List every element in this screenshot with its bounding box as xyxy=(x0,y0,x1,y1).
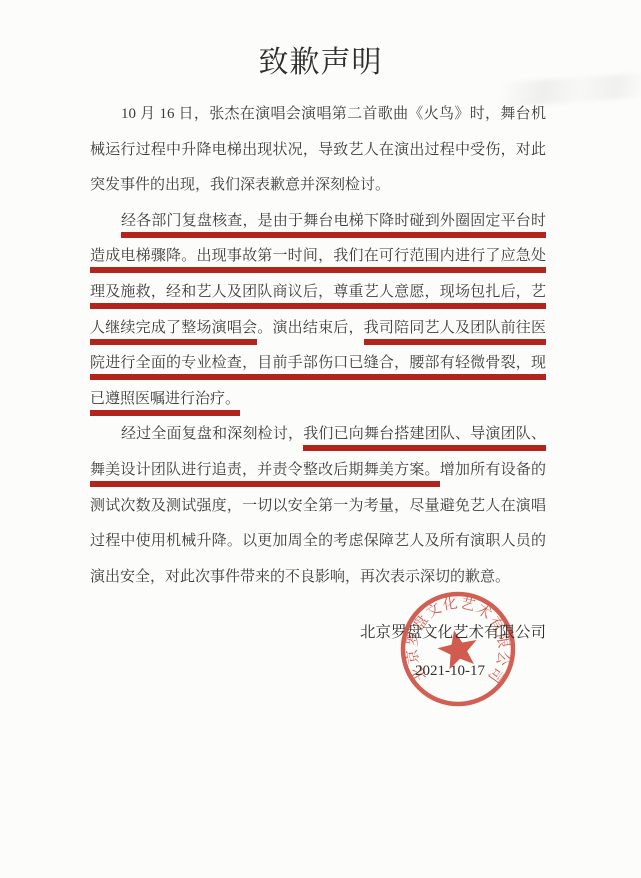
text-line: 经过全面复盘和深刻检讨，我们已向舞台搭建团队、导演团队、 xyxy=(90,417,546,453)
text-run: 。演出结束后， xyxy=(257,320,363,336)
text-run: 械运行过程中升降电梯出现状况，导致艺人在演出过程中受伤，对此 xyxy=(90,142,546,158)
text-line: 10 月 16 日，张杰在演唱会演唱第二首歌曲《火鸟》时，舞台机 xyxy=(90,97,546,133)
text-run: 经过全面复盘和深刻检讨， xyxy=(121,426,303,442)
page-title: 致歉声明 xyxy=(0,45,641,81)
underlined-text-run: 我司陪同艺人及团队前往医 xyxy=(364,320,546,345)
signature-company: 北京罗盘文化艺术有限公司 xyxy=(90,617,546,649)
text-line: 械运行过程中升降电梯出现状况，导致艺人在演出过程中受伤，对此 xyxy=(90,133,546,169)
text-line: 院进行全面的专业检查，目前手部伤口已缝合，腰部有轻微骨裂，现 xyxy=(90,346,546,382)
apology-statement-page: 致歉声明 10 月 16 日，张杰在演唱会演唱第二首歌曲《火鸟》时，舞台机械运行… xyxy=(0,0,641,878)
text-run: 过程中使用机械升降。以更加周全的考虑保障艺人及所有演职人员的 xyxy=(90,533,546,549)
underlined-text-run: 理及施救，经和艺人及团队商议后，尊重艺人意愿，现场包扎后，艺 xyxy=(90,284,546,309)
underlined-text-run: 人继续完成了整场演唱会 xyxy=(90,320,257,345)
text-line: 理及施救，经和艺人及团队商议后，尊重艺人意愿，现场包扎后，艺 xyxy=(90,275,546,311)
underlined-text-run: 院进行全面的专业检查，目前手部伤口已缝合，腰部有轻微骨裂，现 xyxy=(90,355,546,380)
paragraph: 经各部门复盘核查，是由于舞台电梯下降时碰到外圈固定平台时造成电梯骤降。出现事故第… xyxy=(90,204,546,418)
document-body: 10 月 16 日，张杰在演唱会演唱第二首歌曲《火鸟》时，舞台机械运行过程中升降… xyxy=(90,97,546,595)
text-line: 突发事件的出现，我们深表歉意并深刻检讨。 xyxy=(90,168,546,204)
text-run: 10 月 16 日，张杰在演唱会演唱第二首歌曲《火鸟》时，舞台机 xyxy=(121,106,546,122)
text-line: 经各部门复盘核查，是由于舞台电梯下降时碰到外圈固定平台时 xyxy=(90,204,546,240)
text-line: 舞美设计团队进行追责，并责令整改后期舞美方案。增加所有设备的 xyxy=(90,453,546,489)
paragraph: 经过全面复盘和深刻检讨，我们已向舞台搭建团队、导演团队、舞美设计团队进行追责，并… xyxy=(90,417,546,595)
text-run: 增加所有设备的 xyxy=(440,462,546,478)
text-line: 已遵照医嘱进行治疗。 xyxy=(90,382,546,418)
text-run: 测试次数及测试强度，一切以安全第一为考量，尽量避免艺人在演唱 xyxy=(90,498,546,514)
text-line: 测试次数及测试强度，一切以安全第一为考量，尽量避免艺人在演唱 xyxy=(90,489,546,525)
underlined-text-run: 造成电梯骤降。出现事故第一时间，我们在可行范围内进行了应急处 xyxy=(90,248,546,273)
text-line: 过程中使用机械升降。以更加周全的考虑保障艺人及所有演职人员的 xyxy=(90,524,546,560)
underlined-text-run: 舞美设计团队进行追责，并责令整改后期舞美方案。 xyxy=(90,462,440,487)
text-line: 造成电梯骤降。出现事故第一时间，我们在可行范围内进行了应急处 xyxy=(90,239,546,275)
underlined-text-run: 已遵照医嘱进行治疗。 xyxy=(90,391,240,416)
text-run: 突发事件的出现，我们深表歉意并深刻检讨。 xyxy=(90,177,390,193)
underlined-text-run: 经各部门复盘核查，是由于舞台电梯下降时碰到外圈固定平台时 xyxy=(121,213,546,238)
text-line: 人继续完成了整场演唱会。演出结束后，我司陪同艺人及团队前往医 xyxy=(90,311,546,347)
paragraph: 10 月 16 日，张杰在演唱会演唱第二首歌曲《火鸟》时，舞台机械运行过程中升降… xyxy=(90,97,546,204)
text-run: 演出安全，对此次事件带来的不良影响，再次表示深切的歉意。 xyxy=(90,569,510,585)
underlined-text-run: 我们已向舞台搭建团队、导演团队、 xyxy=(303,426,546,451)
signature-date: 2021-10-17 xyxy=(355,655,545,687)
